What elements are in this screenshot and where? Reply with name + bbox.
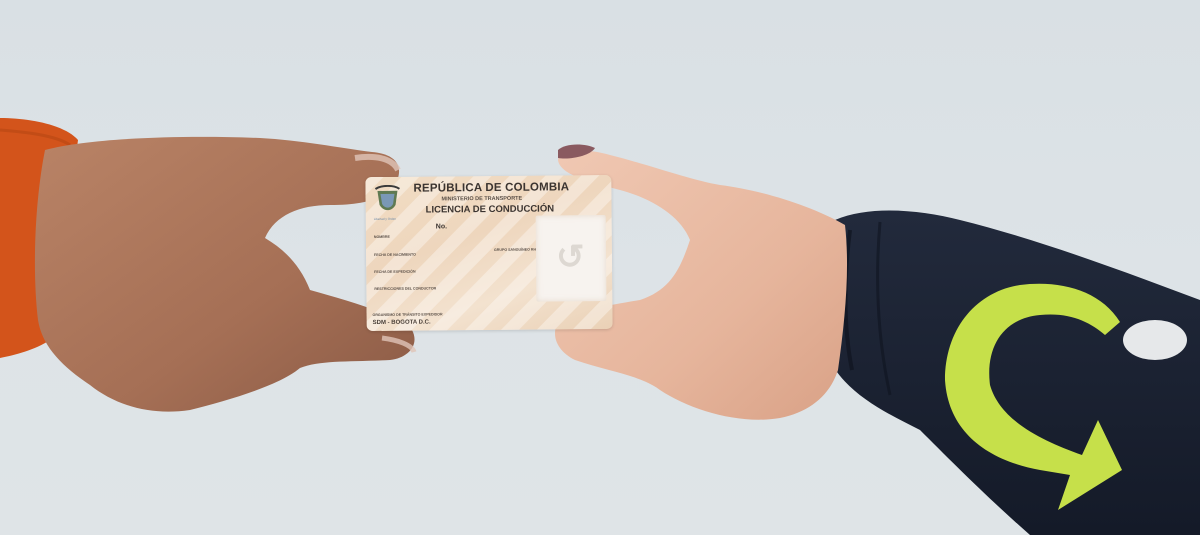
coat-of-arms-icon: [373, 185, 401, 215]
photo-scene: Libertad y Orden REPÚBLICA DE COLOMBIA M…: [0, 0, 1200, 535]
card-document-type: LICENCIA DE CONDUCCIÓN: [426, 203, 555, 215]
field-birthdate: FECHA DE NACIMIENTO: [374, 253, 416, 257]
driver-license-card: Libertad y Orden REPÚBLICA DE COLOMBIA M…: [365, 175, 612, 331]
crest-caption: Libertad y Orden: [374, 217, 396, 221]
field-name: NOMBRE: [374, 235, 390, 239]
card-issuer: SDM - BOGOTA D.C.: [373, 320, 431, 327]
u-turn-watermark-icon: ↺: [556, 237, 585, 277]
card-number-label: No.: [436, 223, 447, 230]
card-photo-placeholder: ↺: [536, 215, 607, 302]
card-country: REPÚBLICA DE COLOMBIA: [413, 181, 569, 194]
field-blood-type: GRUPO SANGUÍNEO RH: [494, 248, 536, 252]
field-issue-date: FECHA DE EXPEDICIÓN: [374, 270, 415, 274]
sleeve-logo-dot: [1123, 320, 1187, 360]
card-ministry: MINISTERIO DE TRANSPORTE: [442, 196, 523, 203]
left-hand: [35, 137, 415, 412]
field-restrictions: RESTRICCIONES DEL CONDUCTOR: [374, 286, 436, 291]
field-issuing-office: ORGANISMO DE TRÁNSITO EXPEDIDOR: [373, 312, 443, 317]
